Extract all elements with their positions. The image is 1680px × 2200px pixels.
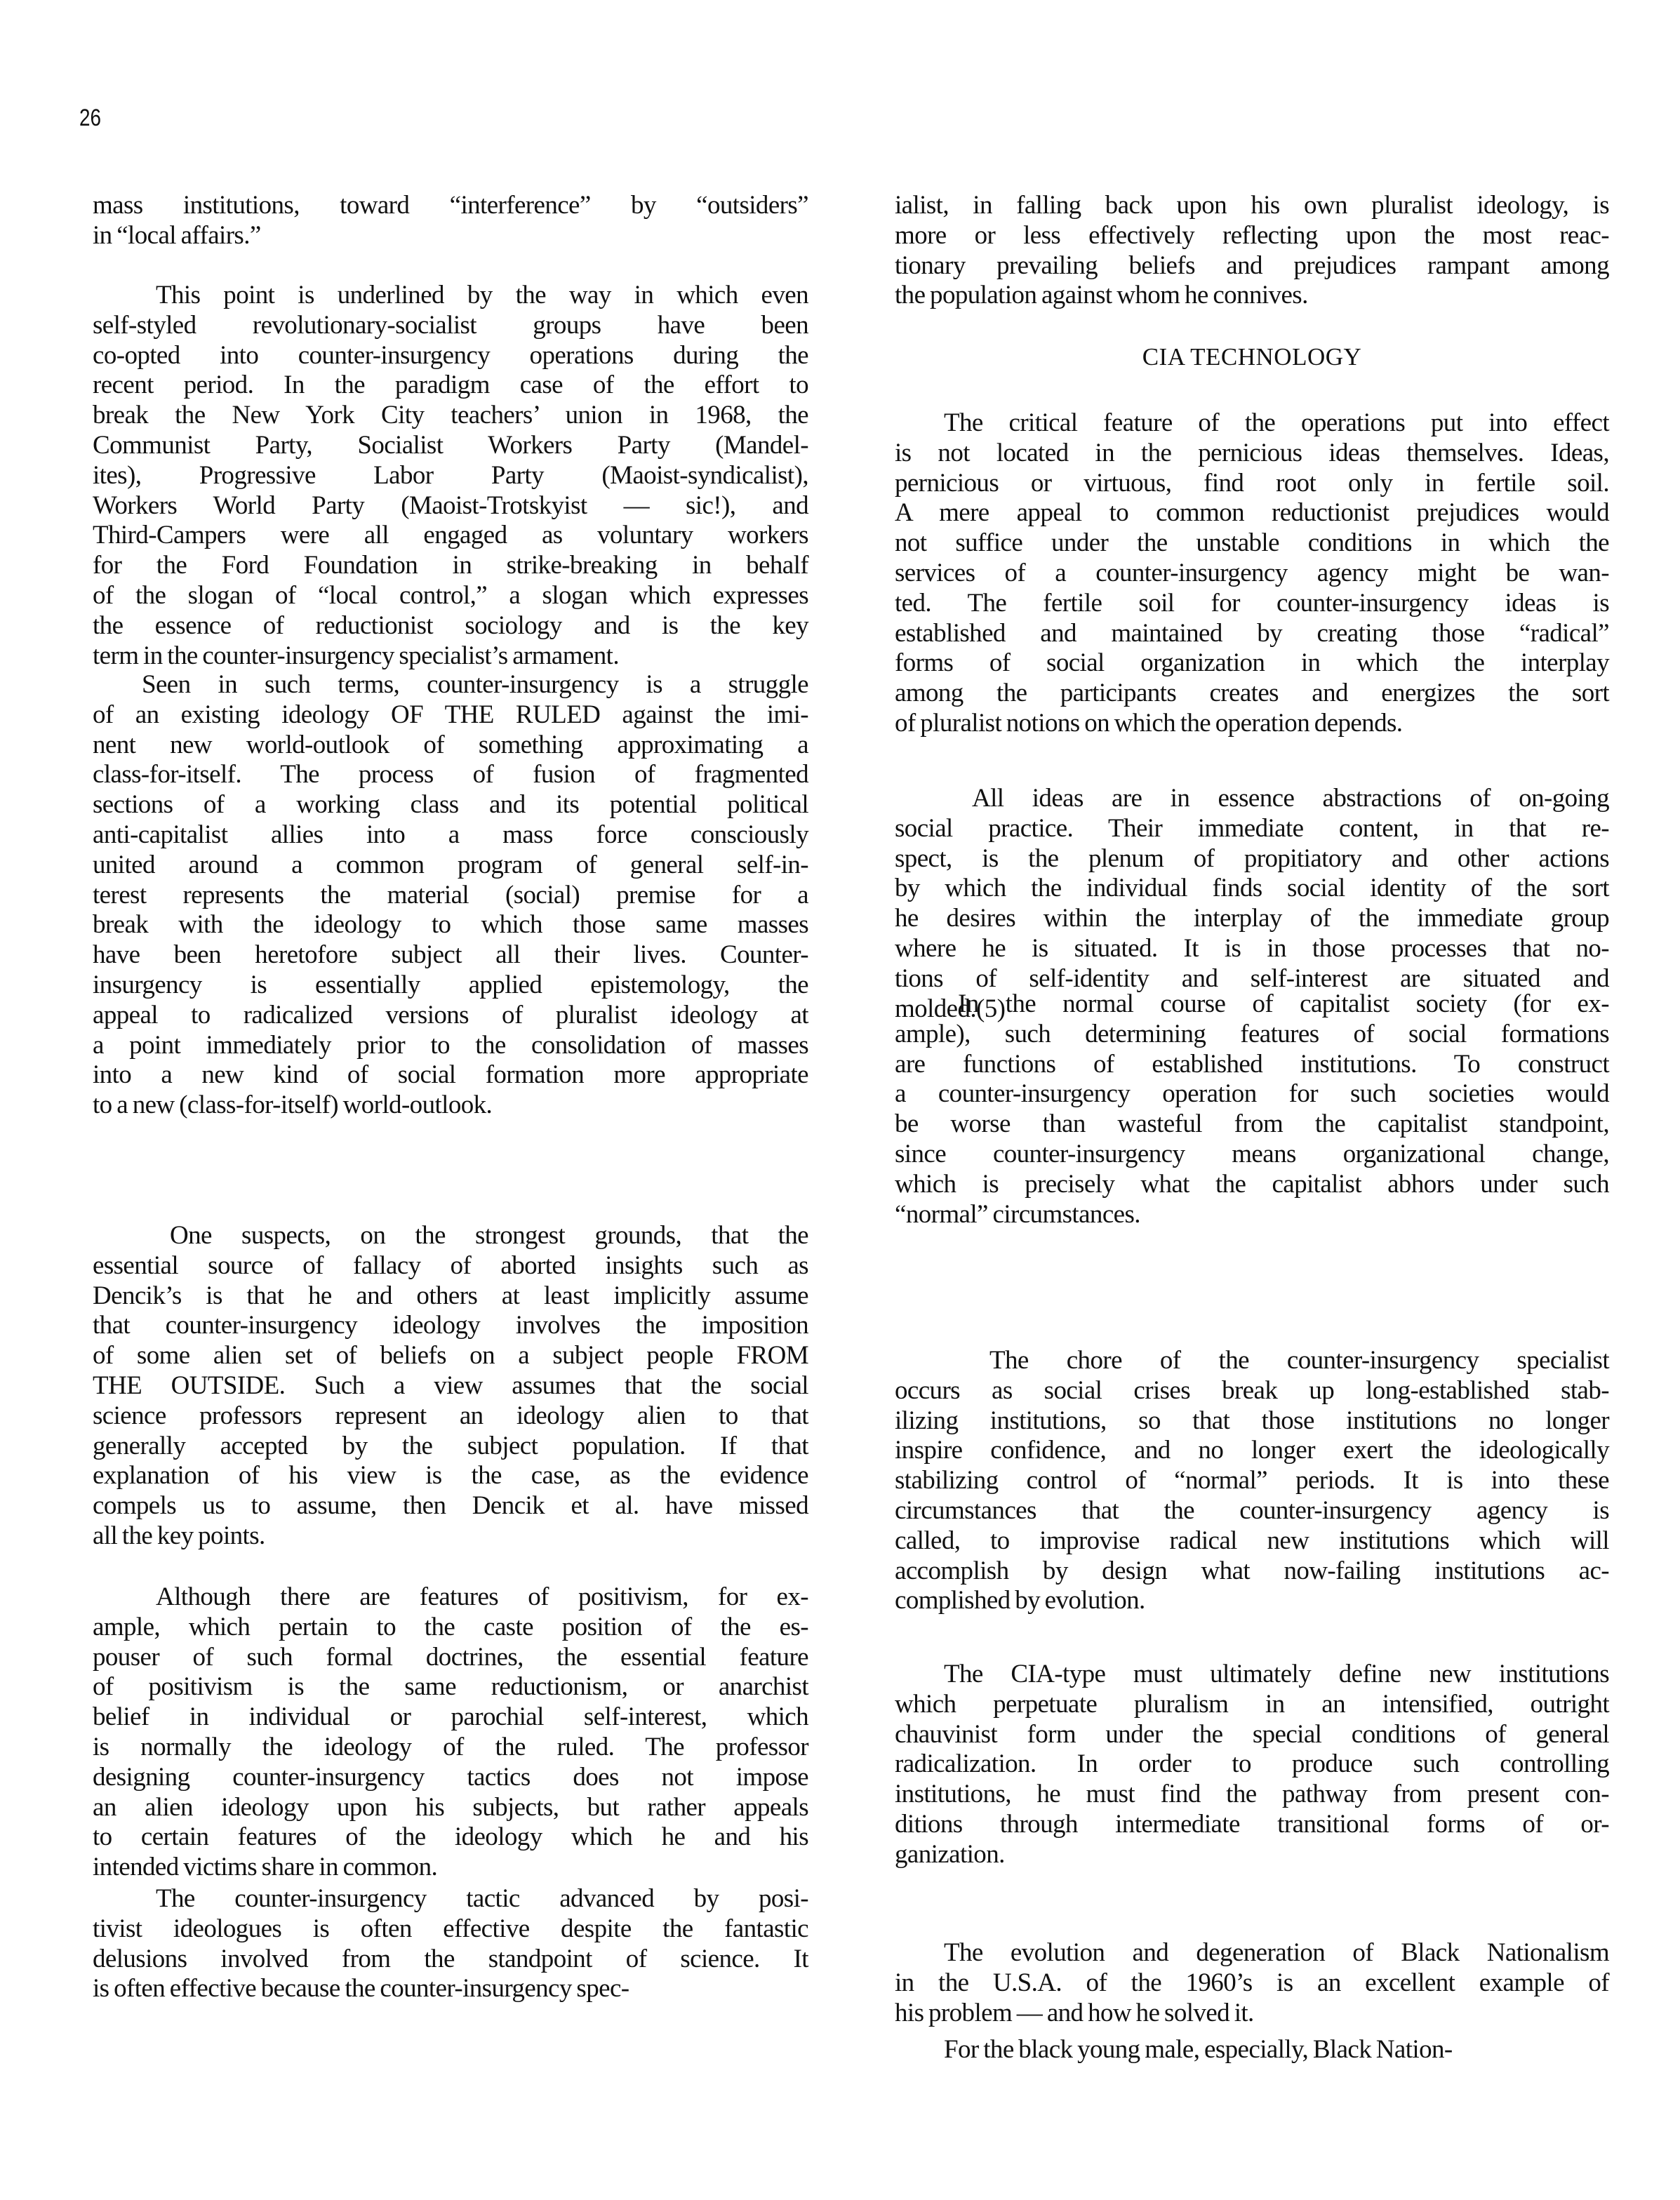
text-line: of some alien set of beliefs on a subjec…: [93, 1341, 808, 1371]
text-line: not suffice under the unstable condition…: [895, 528, 1609, 559]
section-heading: CIA TECHNOLOGY: [895, 342, 1609, 372]
text-line: appeal to radicalized versions of plural…: [93, 1001, 808, 1031]
text-line: of pluralist notions on which the operat…: [895, 709, 1609, 739]
paragraph: All ideas are in essence abstractions of…: [895, 784, 1609, 1024]
text-line: services of a counter-insurgency agency …: [895, 559, 1609, 589]
text-line: class-for-itself. The process of fusion …: [93, 760, 808, 790]
text-line: essential source of fallacy of aborted i…: [93, 1251, 808, 1281]
text-line: In the normal course of capitalist socie…: [895, 989, 1609, 1020]
text-line: All ideas are in essence abstractions of…: [895, 784, 1609, 814]
text-line: a point immediately prior to the consoli…: [93, 1031, 808, 1061]
text-line: insurgency is essentially applied episte…: [93, 971, 808, 1001]
text-line: accomplish by design what now-failing in…: [895, 1556, 1609, 1587]
text-line: A mere appeal to common reductionist pre…: [895, 498, 1609, 528]
text-line: compels us to assume, then Dencik et al.…: [93, 1491, 808, 1521]
text-line: anti-capitalist allies into a mass force…: [93, 820, 808, 851]
text-line: to a new (class-for-itself) world-outloo…: [93, 1091, 808, 1121]
text-line: established and maintained by creating t…: [895, 619, 1609, 649]
text-line: in “local affairs.”: [93, 221, 808, 251]
paragraph: The CIA-type must ultimately define new …: [895, 1660, 1609, 1870]
text-line: Communist Party, Socialist Workers Party…: [93, 431, 808, 461]
text-line: The counter-insurgency tactic advanced b…: [93, 1884, 808, 1914]
text-line: that counter-insurgency ideology involve…: [93, 1311, 808, 1341]
text-line: For the black young male, especially, Bl…: [895, 2035, 1609, 2065]
text-line: intended victims share in common.: [93, 1853, 808, 1883]
paragraph: Although there are features of positivis…: [93, 1582, 808, 1883]
text-line: Although there are features of positivis…: [93, 1582, 808, 1613]
text-line: co-opted into counter-insurgency operati…: [93, 341, 808, 371]
text-line: mass institutions, toward “interference”…: [93, 191, 808, 221]
text-line: among the participants creates and energ…: [895, 679, 1609, 709]
text-line: are functions of established institution…: [895, 1050, 1609, 1080]
text-line: inspire confidence, and no longer exert …: [895, 1436, 1609, 1466]
text-line: ample, which pertain to the caste positi…: [93, 1613, 808, 1643]
text-line: THE OUTSIDE. Such a view assumes that th…: [93, 1371, 808, 1401]
text-line: since counter-insurgency means organizat…: [895, 1140, 1609, 1170]
text-line: terest represents the material (social) …: [93, 881, 808, 911]
text-line: spect, is the plenum of propitiatory and…: [895, 844, 1609, 874]
paragraph: ialist, in falling back upon his own plu…: [895, 191, 1609, 311]
text-line: The critical feature of the operations p…: [895, 408, 1609, 439]
text-line: break the New York City teachers’ union …: [93, 401, 808, 431]
text-line: ted. The fertile soil for counter-insurg…: [895, 589, 1609, 619]
text-line: delusions involved from the standpoint o…: [93, 1945, 808, 1975]
paragraph: The chore of the counter-insurgency spec…: [895, 1346, 1609, 1616]
text-line: his problem — and how he solved it.: [895, 1999, 1609, 2029]
text-line: social practice. Their immediate content…: [895, 814, 1609, 844]
text-line: One suspects, on the strongest grounds, …: [93, 1221, 808, 1251]
text-line: explanation of his view is the case, as …: [93, 1461, 808, 1491]
text-line: called, to improvise radical new institu…: [895, 1526, 1609, 1556]
text-line: ditions through intermediate transitiona…: [895, 1810, 1609, 1840]
text-line: forms of social organization in which th…: [895, 648, 1609, 679]
text-line: Workers World Party (Maoist-Trotskyist —…: [93, 491, 808, 521]
paragraph: One suspects, on the strongest grounds, …: [93, 1221, 808, 1552]
text-line: of positivism is the same reductionism, …: [93, 1672, 808, 1702]
text-line: nent new world-outlook of something appr…: [93, 731, 808, 761]
text-line: ites), Progressive Labor Party (Maoist-s…: [93, 461, 808, 491]
paragraph: For the black young male, especially, Bl…: [895, 2035, 1609, 2065]
text-line: ganization.: [895, 1840, 1609, 1870]
text-line: occurs as social crises break up long-es…: [895, 1376, 1609, 1406]
text-line: of the slogan of “local control,” a slog…: [93, 581, 808, 611]
text-line: science professors represent an ideology…: [93, 1401, 808, 1432]
text-line: radicalization. In order to produce such…: [895, 1749, 1609, 1780]
text-line: sections of a working class and its pote…: [93, 790, 808, 820]
text-line: institutions, he must find the pathway f…: [895, 1780, 1609, 1810]
text-line: of an existing ideology OF THE RULED aga…: [93, 700, 808, 731]
text-line: for the Ford Foundation in strike-breaki…: [93, 551, 808, 581]
text-line: The evolution and degeneration of Black …: [895, 1938, 1609, 1968]
text-line: chauvinist form under the special condit…: [895, 1720, 1609, 1750]
text-line: have been heretofore subject all their l…: [93, 940, 808, 971]
text-line: in the U.S.A. of the 1960’s is an excell…: [895, 1968, 1609, 1999]
text-line: This point is underlined by the way in w…: [93, 281, 808, 311]
text-line: belief in individual or parochial self-i…: [93, 1702, 808, 1733]
text-line: complished by evolution.: [895, 1586, 1609, 1616]
text-line: self-styled revolutionary-socialist grou…: [93, 311, 808, 341]
document-page: 26 mass institutions, toward “interferen…: [0, 0, 1680, 2200]
page-number: 26: [79, 104, 101, 132]
text-line: ialist, in falling back upon his own plu…: [895, 191, 1609, 221]
text-line: Dencik’s is that he and others at least …: [93, 1281, 808, 1312]
text-line: recent period. In the paradigm case of t…: [93, 371, 808, 401]
paragraph: This point is underlined by the way in w…: [93, 281, 808, 671]
text-line: tivist ideologues is often effective des…: [93, 1914, 808, 1945]
text-line: an alien ideology upon his subjects, but…: [93, 1793, 808, 1823]
text-line: all the key points.: [93, 1521, 808, 1552]
text-line: Third-Campers were all engaged as volunt…: [93, 521, 808, 551]
paragraph: The critical feature of the operations p…: [895, 408, 1609, 739]
text-line: into a new kind of social formation more…: [93, 1060, 808, 1091]
text-line: to certain features of the ideology whic…: [93, 1822, 808, 1853]
text-line: more or less effectively reflecting upon…: [895, 221, 1609, 251]
text-line: he desires within the interplay of the i…: [895, 904, 1609, 934]
text-line: by which the individual finds social ide…: [895, 874, 1609, 904]
text-line: is normally the ideology of the ruled. T…: [93, 1733, 808, 1763]
text-line: be worse than wasteful from the capitali…: [895, 1109, 1609, 1140]
text-line: break with the ideology to which those s…: [93, 910, 808, 940]
text-line: which perpetuate pluralism in an intensi…: [895, 1690, 1609, 1720]
text-line: ample), such determining features of soc…: [895, 1020, 1609, 1050]
paragraph: In the normal course of capitalist socie…: [895, 989, 1609, 1229]
text-line: pouser of such formal doctrines, the ess…: [93, 1643, 808, 1673]
text-line: The chore of the counter-insurgency spec…: [895, 1346, 1609, 1376]
text-line: stabilizing control of “normal” periods.…: [895, 1466, 1609, 1496]
text-line: tionary prevailing beliefs and prejudice…: [895, 251, 1609, 281]
text-line: designing counter-insurgency tactics doe…: [93, 1763, 808, 1793]
paragraph: mass institutions, toward “interference”…: [93, 191, 808, 251]
text-line: The CIA-type must ultimately define new …: [895, 1660, 1609, 1690]
text-line: which is precisely what the capitalist a…: [895, 1170, 1609, 1200]
text-line: term in the counter-insurgency specialis…: [93, 641, 808, 672]
text-line: pernicious or virtuous, find root only i…: [895, 469, 1609, 499]
text-line: is often effective because the counter-i…: [93, 1974, 808, 2004]
text-line: ilizing institutions, so that those inst…: [895, 1406, 1609, 1436]
paragraph: The evolution and degeneration of Black …: [895, 1938, 1609, 2028]
text-line: is not located in the pernicious ideas t…: [895, 439, 1609, 469]
text-line: where he is situated. It is in those pro…: [895, 934, 1609, 964]
text-line: circumstances that the counter-insurgenc…: [895, 1496, 1609, 1526]
text-line: generally accepted by the subject popula…: [93, 1432, 808, 1462]
text-line: Seen in such terms, counter-insurgency i…: [93, 670, 808, 700]
paragraph: Seen in such terms, counter-insurgency i…: [93, 670, 808, 1121]
text-line: a counter-insurgency operation for such …: [895, 1079, 1609, 1109]
text-line: the population against whom he connives.: [895, 281, 1609, 311]
text-line: “normal” circumstances.: [895, 1200, 1609, 1230]
text-line: the essence of reductionist sociology an…: [93, 611, 808, 641]
text-line: united around a common program of genera…: [93, 851, 808, 881]
paragraph: The counter-insurgency tactic advanced b…: [93, 1884, 808, 2004]
